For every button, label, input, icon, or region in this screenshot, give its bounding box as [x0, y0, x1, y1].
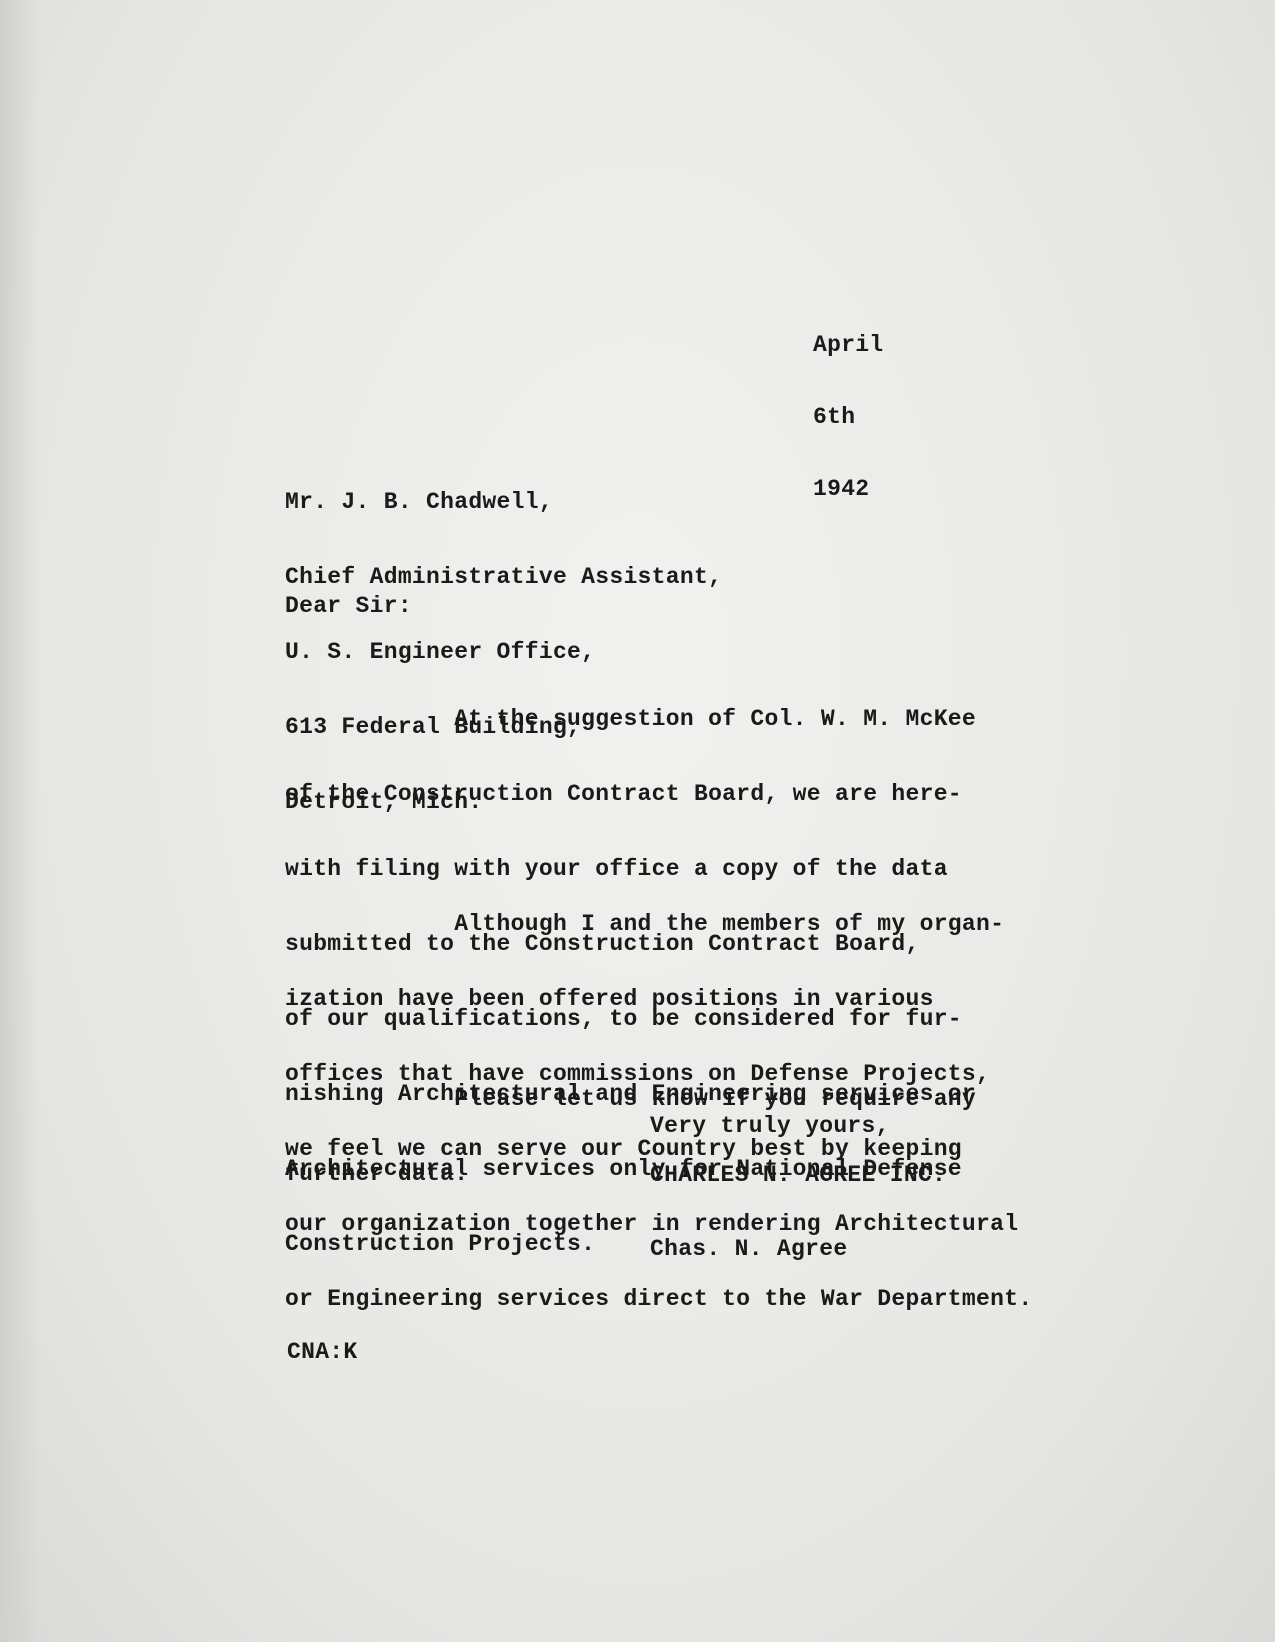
recipient-name: Mr. J. B. Chadwell,	[285, 490, 722, 515]
paragraph-line: Although I and the members of my organ-	[285, 912, 1032, 937]
complimentary-close: Very truly yours,	[650, 1114, 890, 1139]
date-month: April	[813, 333, 884, 357]
date-day: 6th	[813, 405, 884, 429]
date-year: 1942	[813, 477, 884, 501]
letter-date: April 6th 1942	[813, 285, 884, 549]
salutation: Dear Sir:	[285, 594, 412, 619]
paragraph-line: At the suggestion of Col. W. M. McKee	[285, 707, 976, 732]
recipient-title: Chief Administrative Assistant,	[285, 565, 722, 590]
paragraph-line: ization have been offered positions in v…	[285, 987, 1032, 1012]
signature-name: Chas. N. Agree	[650, 1237, 847, 1262]
paragraph-line: of the Construction Contract Board, we a…	[285, 782, 976, 807]
letter-page: April 6th 1942 Mr. J. B. Chadwell, Chief…	[0, 0, 1275, 1642]
reference-initials: CNA:K	[287, 1340, 358, 1365]
page-edge-shadow	[0, 0, 40, 1642]
company-name: CHARLES N. AGREE INC.	[650, 1163, 946, 1188]
paragraph-line: or Engineering services direct to the Wa…	[285, 1287, 1032, 1312]
paragraph-line: Please let us know if you require any	[285, 1087, 976, 1112]
